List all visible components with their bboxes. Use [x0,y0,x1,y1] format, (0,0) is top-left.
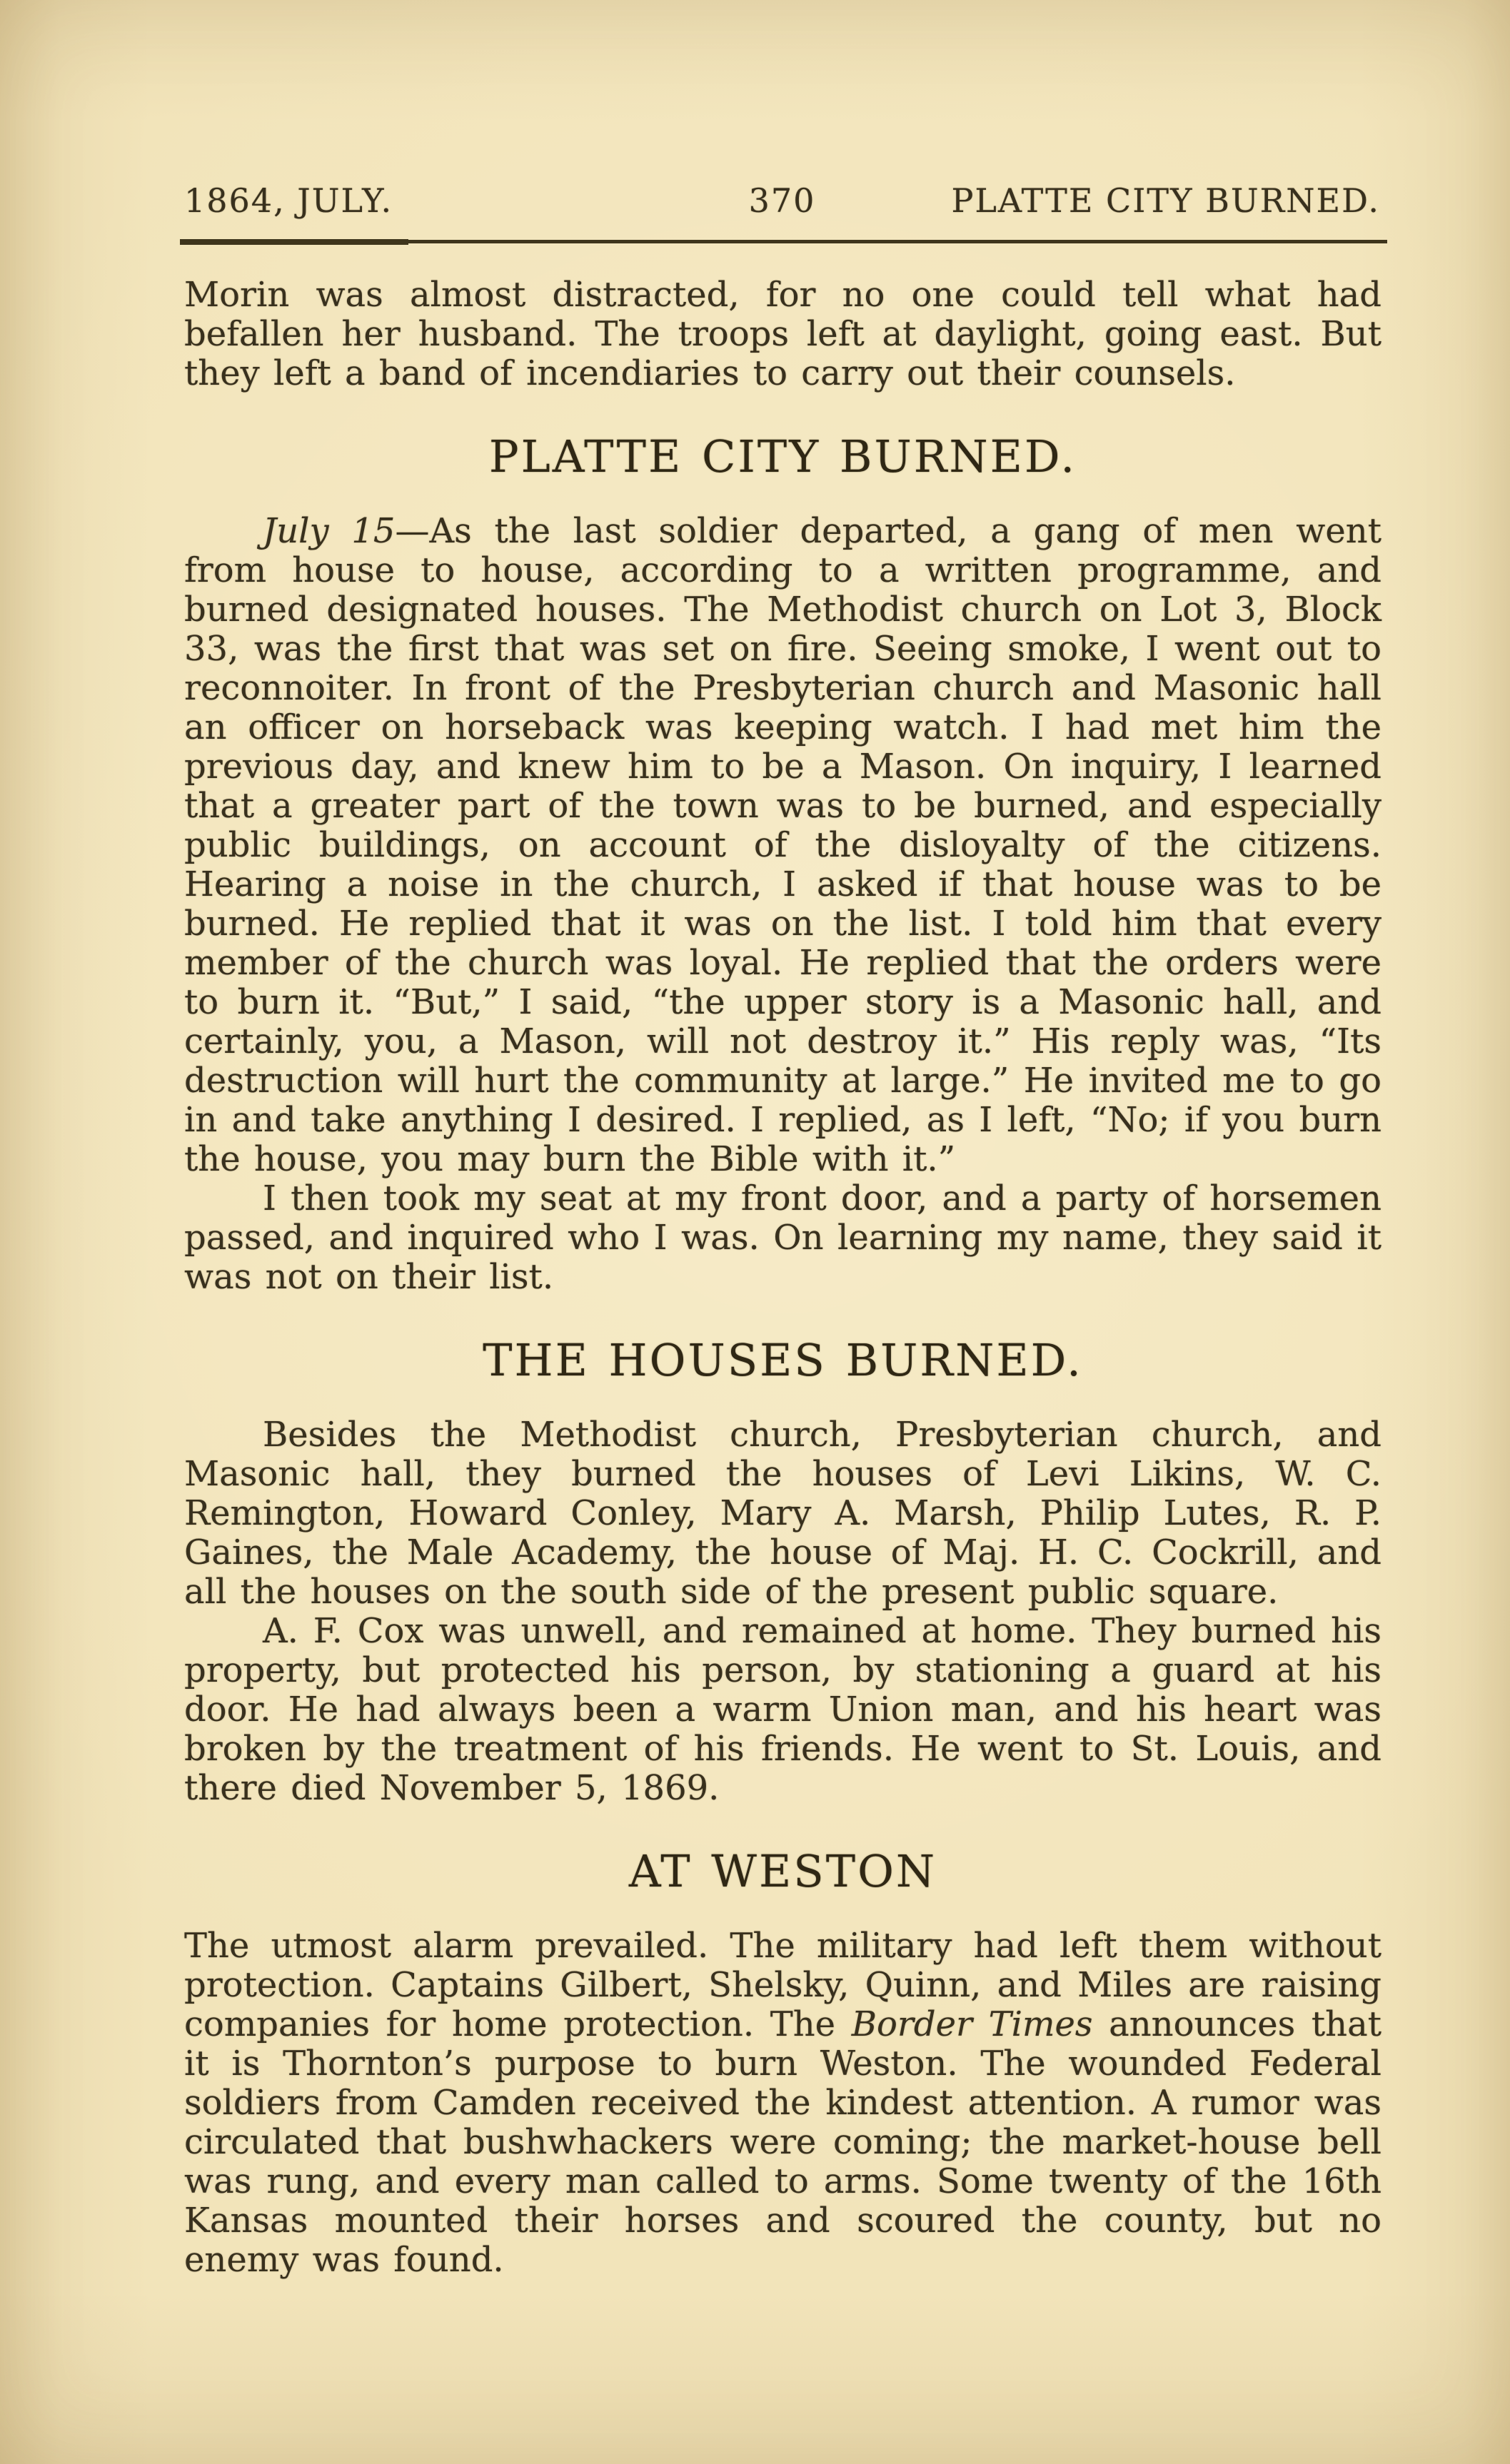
section-heading: THE HOUSES BURNED. [184,1336,1381,1385]
paragraph: I then took my seat at my front door, an… [184,1179,1381,1297]
italic-text-segment: July 15 [263,511,395,551]
header-rule [180,240,1387,243]
paragraph: Besides the Methodist church, Presbyteri… [184,1415,1381,1612]
text-segment: Besides the Methodist church, Presbyteri… [184,1415,1381,1612]
paragraph: Morin was almost distracted, for no one … [184,276,1381,393]
book-page: 1864, JULY. 370 PLATTE CITY BURNED. Mori… [0,0,1510,2464]
section-heading: AT WESTON [184,1847,1381,1896]
text-segment: announces that it is Thornton’s purpose … [184,2004,1381,2280]
paragraph: A. F. Cox was unwell, and remained at ho… [184,1612,1381,1808]
paragraph: July 15—As the last soldier departed, a … [184,512,1381,1179]
italic-text-segment: Border Times [852,2004,1093,2044]
header-date-label: 1864, JULY. [184,181,749,220]
section-heading: PLATTE CITY BURNED. [184,433,1381,481]
page-content: Morin was almost distracted, for no one … [184,276,1381,2280]
text-segment: I then took my seat at my front door, an… [184,1178,1381,1297]
paragraph: The utmost alarm prevailed. The military… [184,1927,1381,2280]
running-head: 1864, JULY. 370 PLATTE CITY BURNED. [184,181,1380,220]
text-segment: —As the last soldier departed, a gang of… [184,511,1381,1179]
page-number: 370 [749,181,816,220]
text-segment: Morin was almost distracted, for no one … [184,275,1381,393]
text-segment: A. F. Cox was unwell, and remained at ho… [184,1611,1381,1808]
header-chapter-title: PLATTE CITY BURNED. [815,181,1380,220]
header-rule-thick-segment [180,239,408,245]
